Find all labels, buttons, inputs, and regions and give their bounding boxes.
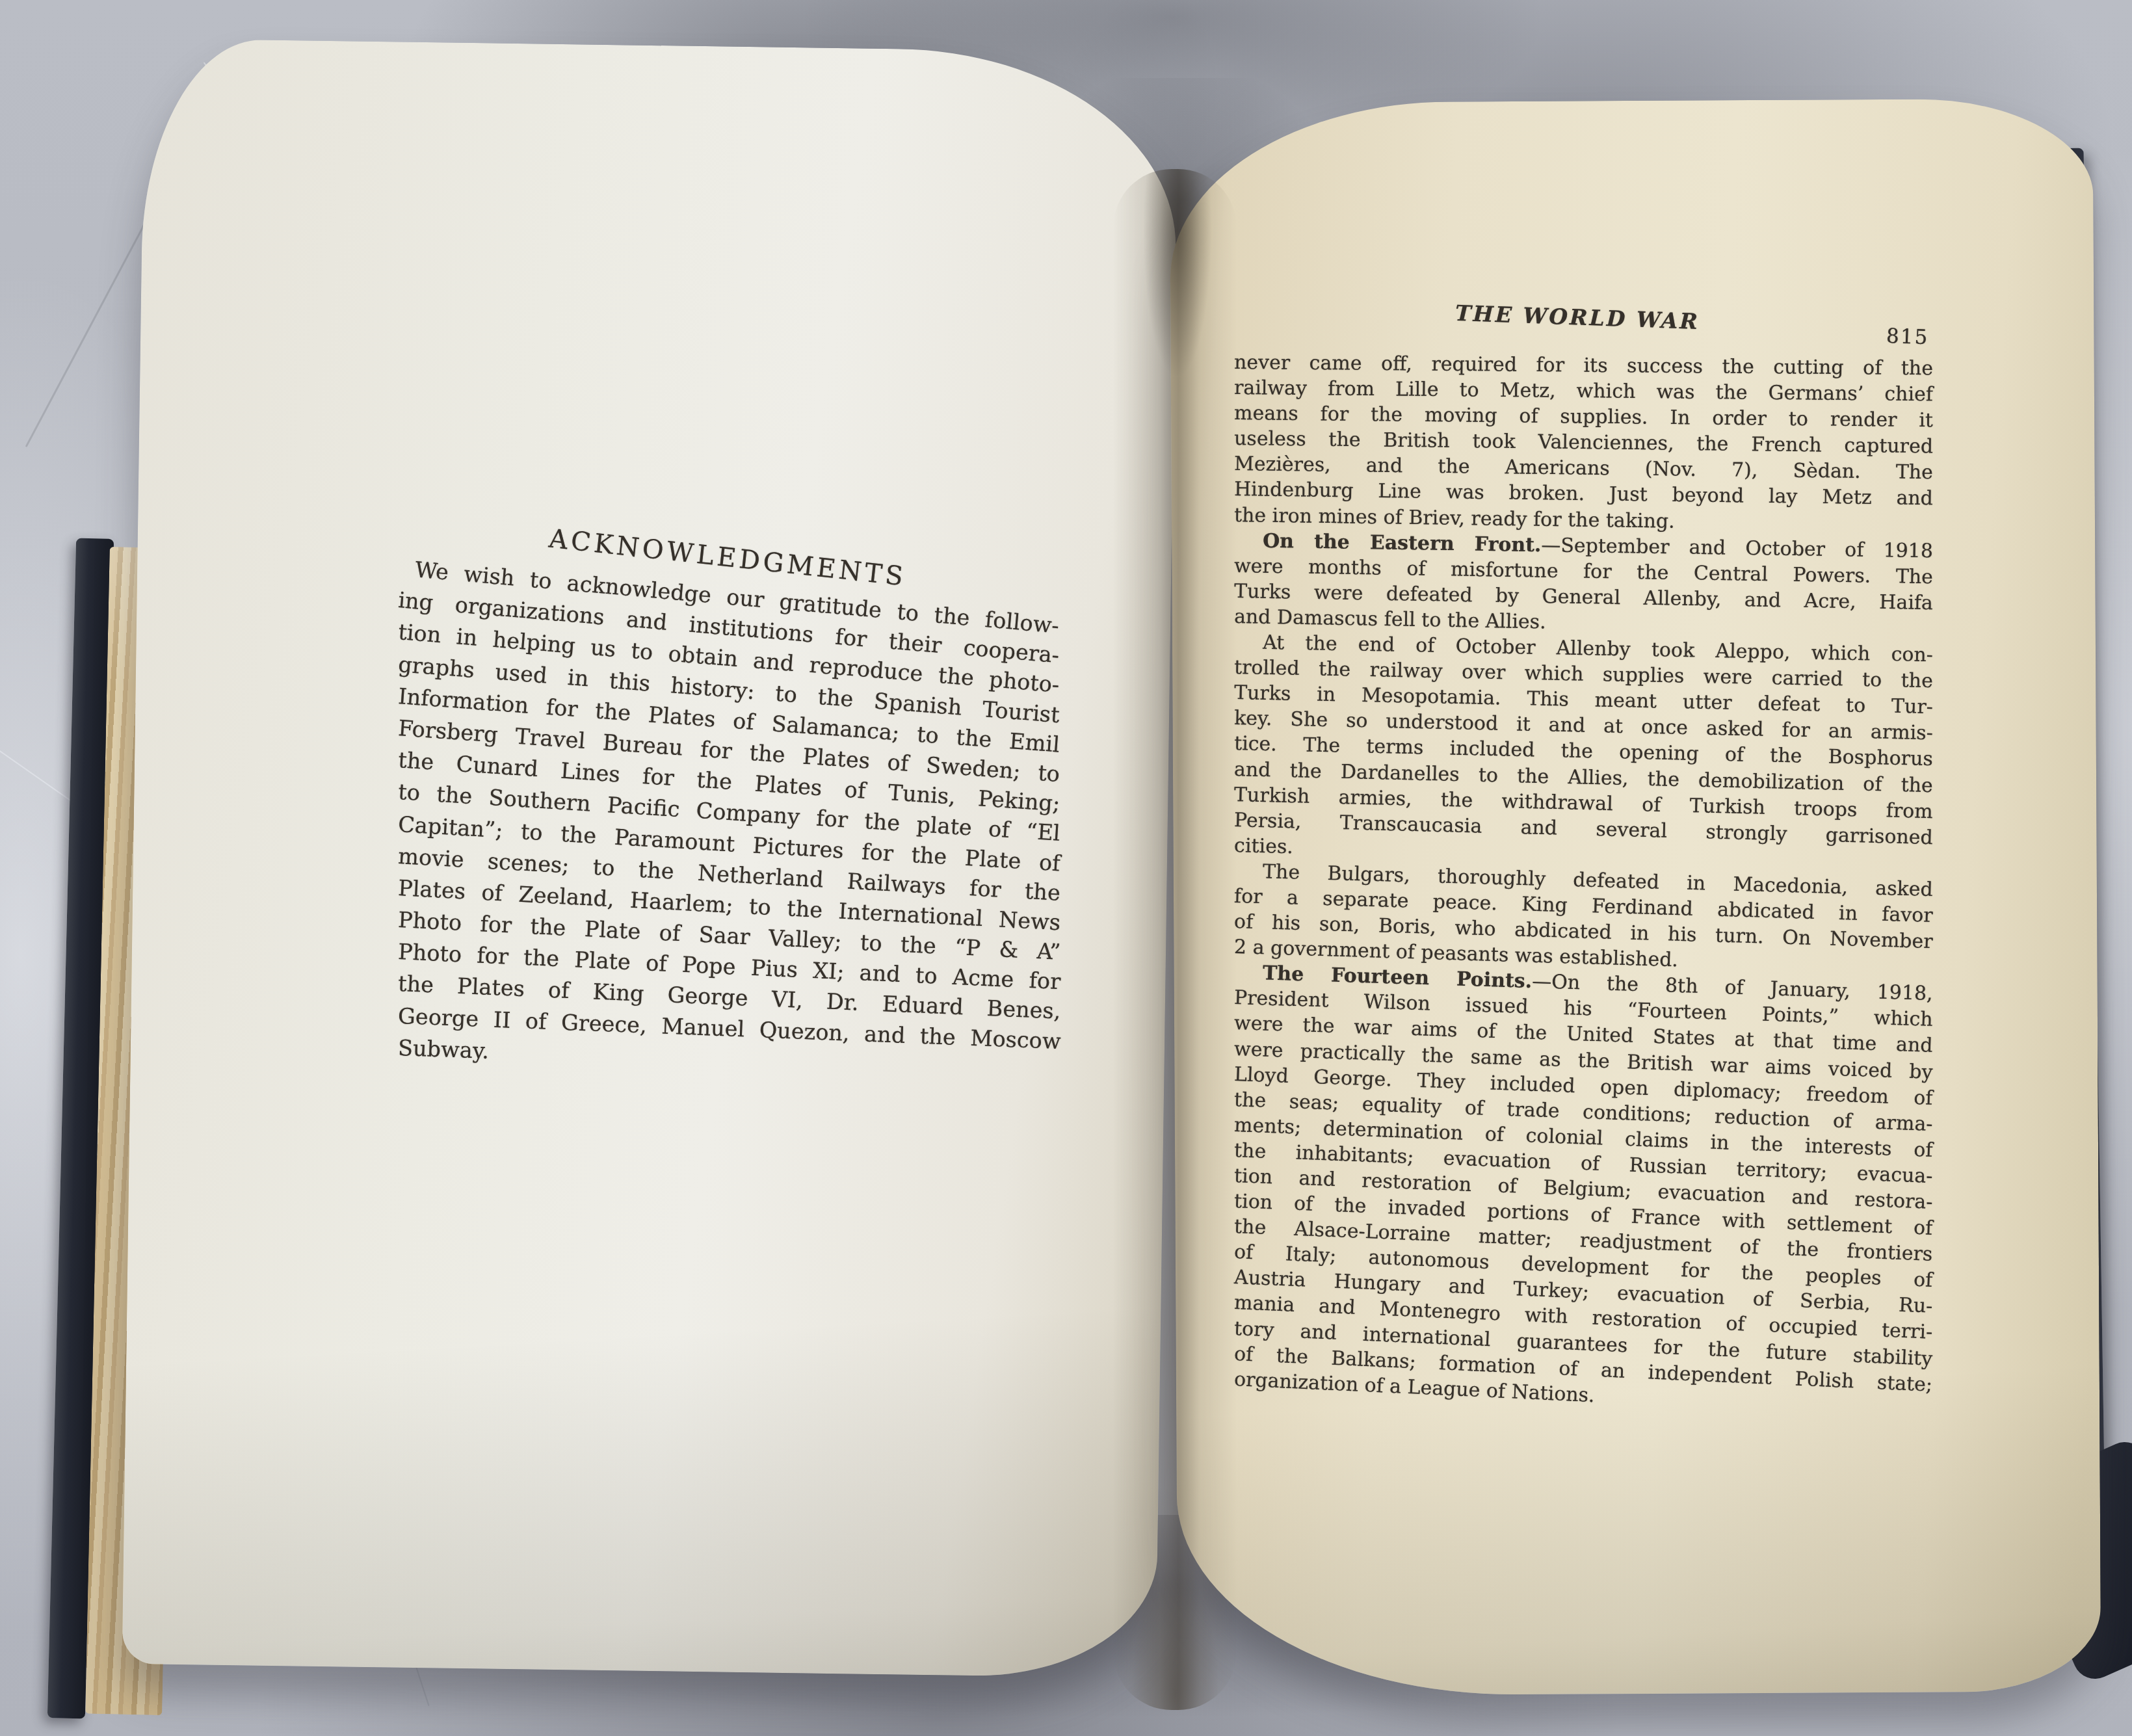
page-number: 815: [1886, 324, 1929, 349]
acknowledgments-text-block: ACKNOWLEDGMENTS We wish to acknowledge o…: [398, 507, 1061, 1067]
acknowledgments-paragraph: We wish to acknowledge our gratitude to …: [398, 555, 1061, 1067]
book-photo-scene: ACKNOWLEDGMENTS We wish to acknowledge o…: [0, 0, 2132, 1736]
body-text-block: never came off, required for its success…: [1234, 351, 1933, 1393]
gutter-shadow: [1113, 169, 1237, 1710]
